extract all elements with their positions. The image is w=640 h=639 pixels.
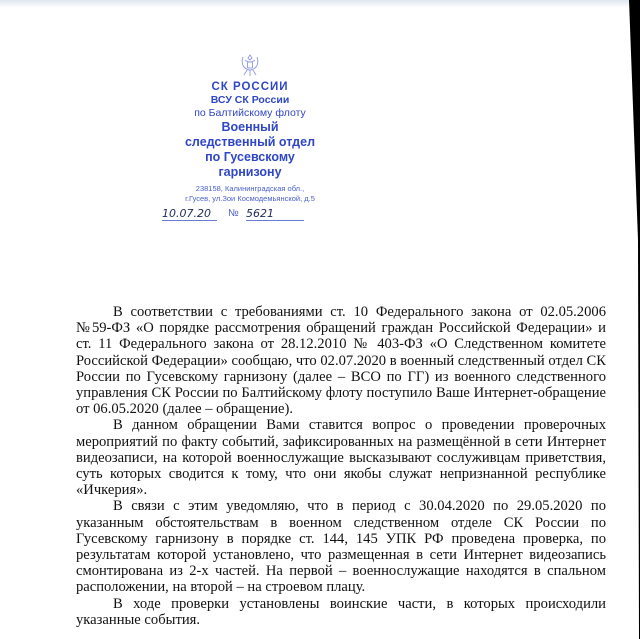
stamp-dept-line4: гарнизону [150,165,350,180]
scan-top-shadow [0,0,640,8]
stamp-org-line2: ВСУ СК России [150,94,350,107]
paragraph: В данном обращении Вами ставится вопрос … [76,417,606,498]
registration-line: 10.07.20 № 5621 [162,205,312,221]
paragraph: В соответствии с требованиями ст. 10 Фед… [76,304,606,417]
paragraph: В ходе проверки установлены воинские час… [76,596,606,628]
scan-edge-black-border [626,0,640,639]
stamp-dept-line2: следственный отдел [150,135,350,150]
stamp-dept-line3: по Гусевскому [150,150,350,165]
paragraph: В связи с этим уведомляю, что в период с… [76,498,606,595]
stamp-address-line2: г.Гусев, ул.Зои Космодемьянской, д.5 [150,194,350,204]
stamp-address-line1: 238158, Калининградская обл., [150,184,350,194]
registration-number-label: № [228,208,239,219]
double-headed-eagle-icon [239,52,261,78]
letterhead-stamp: СК РОССИИ ВСУ СК России по Балтийскому ф… [150,52,350,204]
letter-body: В соответствии с требованиями ст. 10 Фед… [76,304,606,628]
registration-date: 10.07.20 [162,207,217,221]
stamp-dept-line1: Военный [150,120,350,135]
stamp-org-line1: СК РОССИИ [150,80,350,94]
registration-number: 5621 [246,207,304,221]
stamp-org-line3: по Балтийскому флоту [150,107,350,120]
